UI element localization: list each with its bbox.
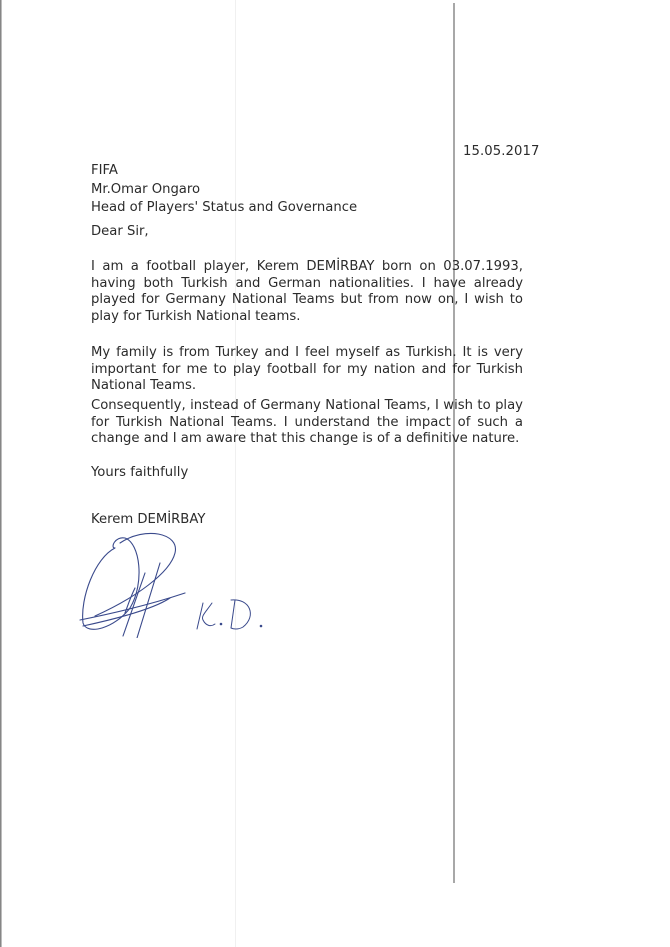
body-paragraph: My family is from Turkey and I feel myse… [91, 345, 523, 395]
scan-edge [0, 0, 2, 947]
recipient-name: Mr.Omar Ongaro [91, 181, 357, 200]
recipient-address: FIFA Mr.Omar Ongaro Head of Players' Sta… [91, 162, 357, 218]
recipient-title: Head of Players' Status and Governance [91, 199, 357, 218]
signer-name: Kerem DEMİRBAY [91, 512, 205, 527]
salutation: Dear Sir, [91, 224, 149, 239]
recipient-organization: FIFA [91, 162, 357, 181]
letter-date: 15.05.2017 [463, 144, 540, 159]
paper-fold-line-faint [235, 0, 236, 947]
closing: Yours faithfully [91, 465, 188, 480]
body-paragraph: I am a football player, Kerem DEMİRBAY b… [91, 259, 523, 325]
body-paragraph: Consequently, instead of Germany Nationa… [91, 398, 523, 448]
handwritten-signature [75, 528, 275, 638]
